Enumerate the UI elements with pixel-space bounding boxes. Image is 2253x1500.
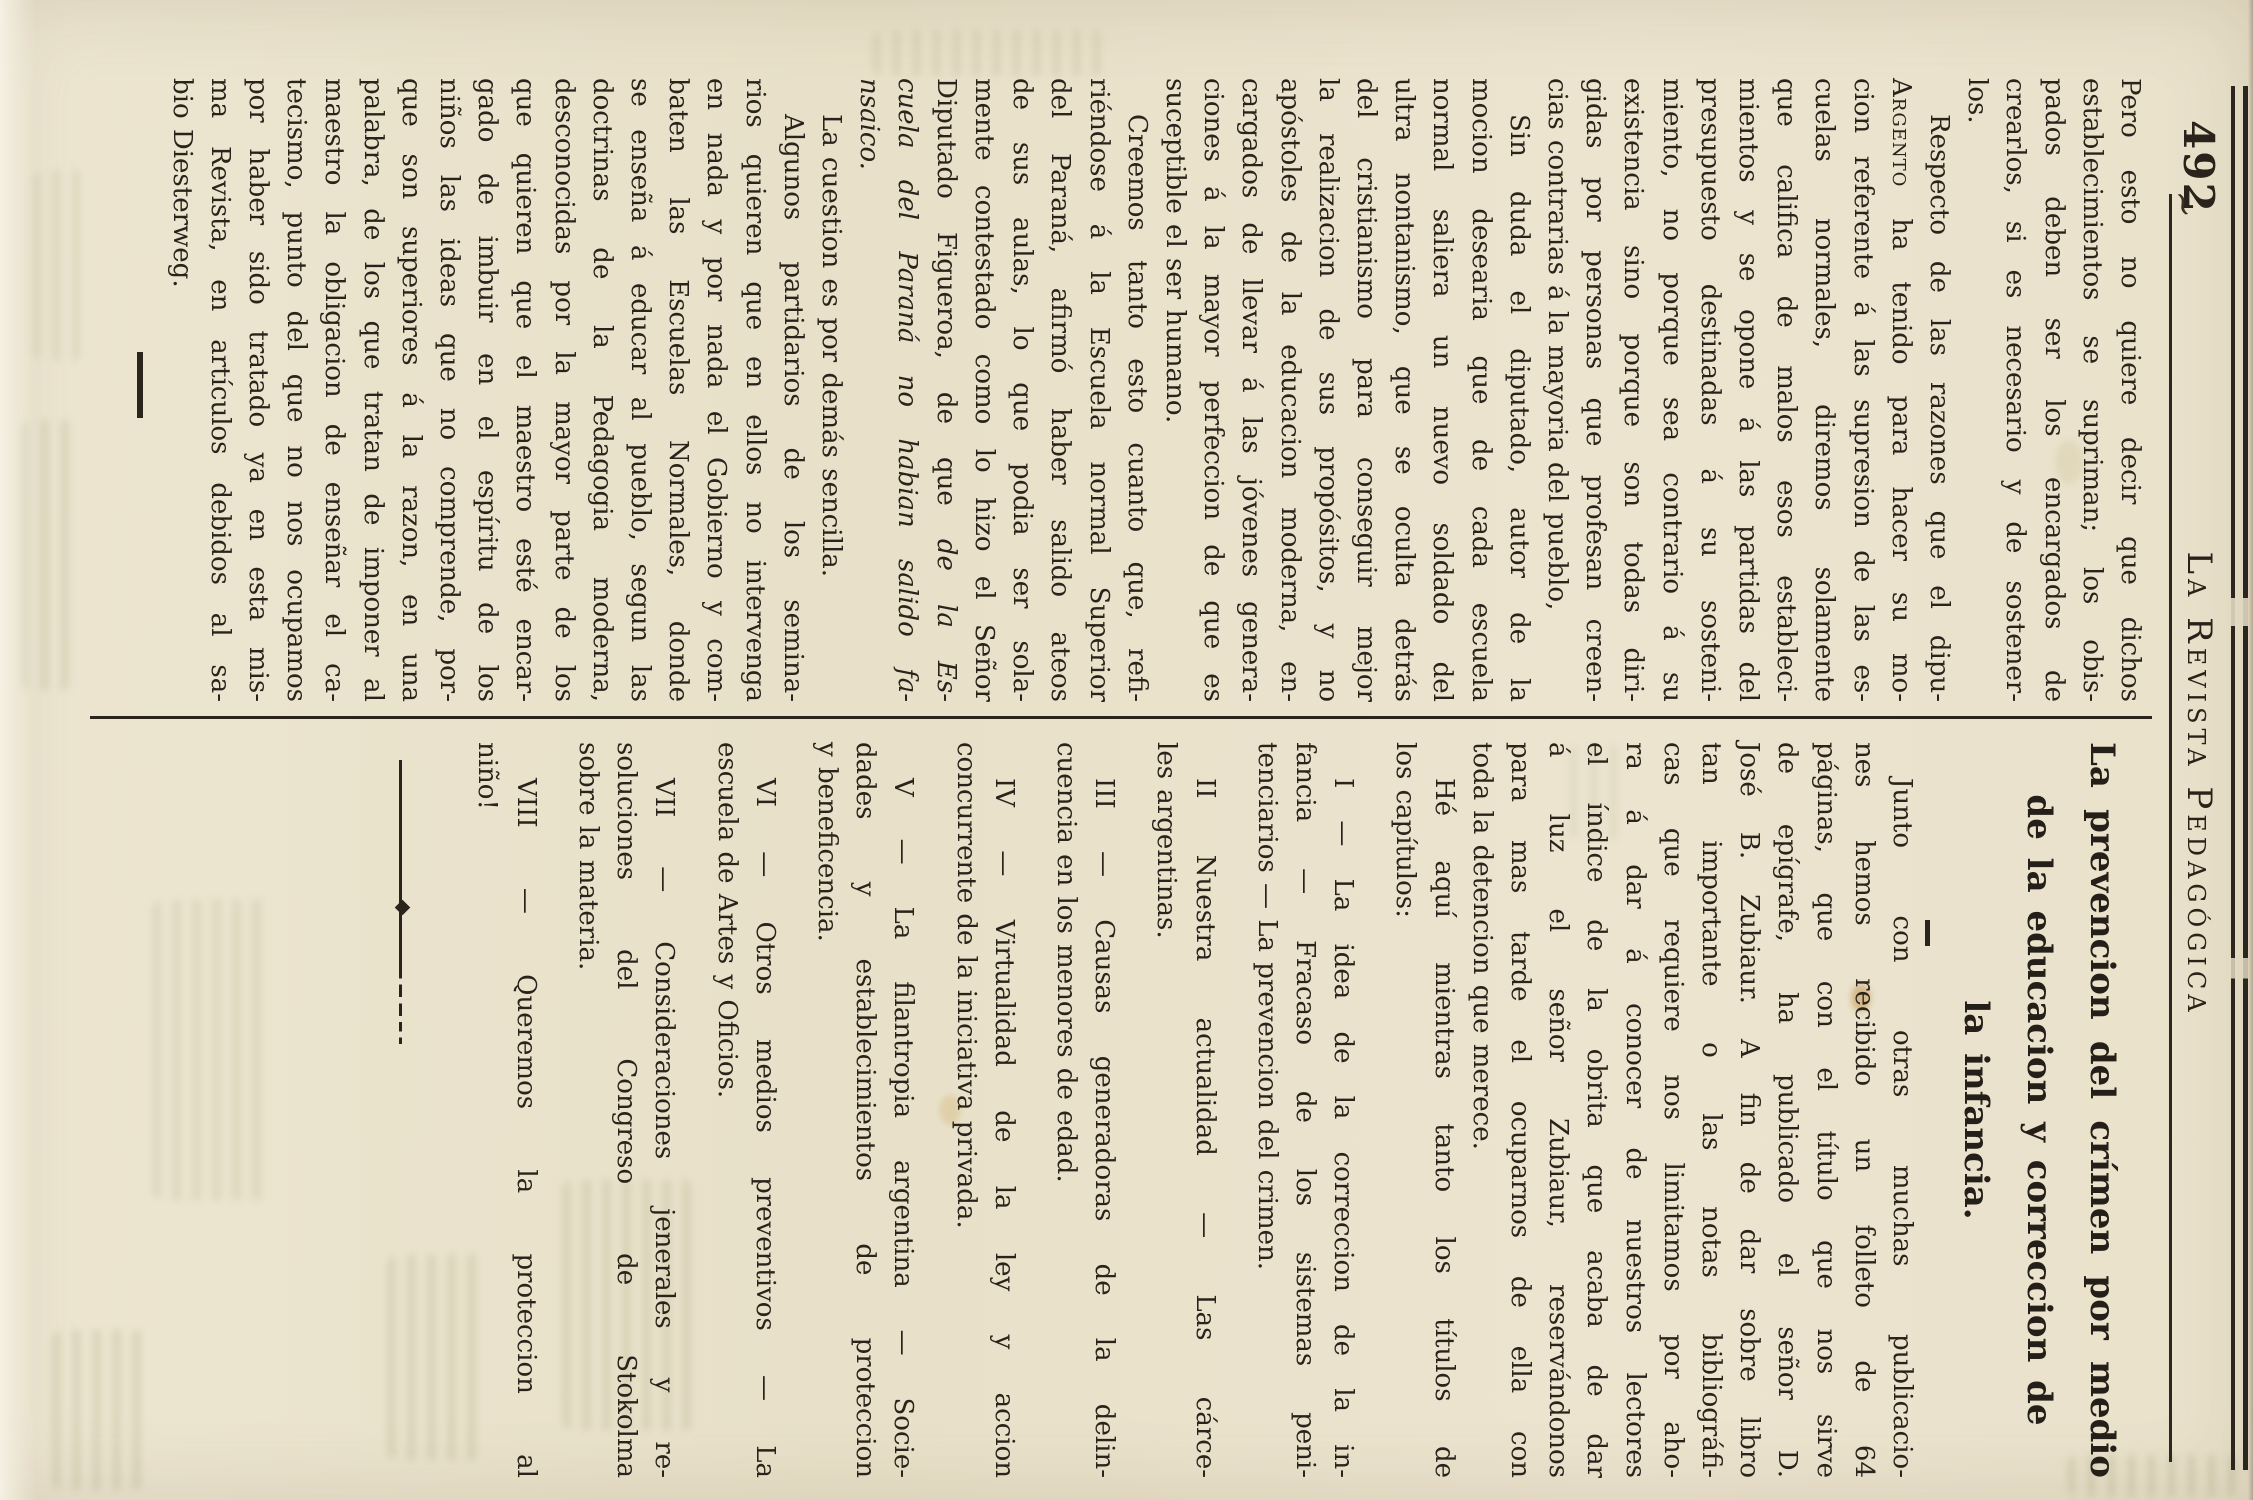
text-line: cuela del Paraná no habian salido fa- <box>888 78 926 702</box>
text-line: rios quieren que en ellos no intervenga <box>735 78 773 702</box>
paragraph: VI — Otros medios preventivos — Laescuel… <box>707 742 783 1478</box>
text-line: tenciarios — La prevencion del crimen. <box>1248 742 1286 1478</box>
text-line: I — La idea de la correccion de la in- <box>1324 742 1362 1478</box>
text-line: para mas tarde el ocuparnos de ella con <box>1501 742 1539 1478</box>
text-line: cuencia en los menores de edad. <box>1047 742 1085 1478</box>
text-line: doctrinas de la Pedagogia moderna, <box>583 78 621 702</box>
text-line: normal saliera un nuevo soldado del <box>1423 78 1461 702</box>
paragraph: Algunos partidarios de los semina-rios q… <box>162 78 811 702</box>
text-line: del cristianismo para conseguir mejor <box>1347 78 1385 702</box>
article-title: La prevencion del crímen por mediode la … <box>1944 742 2133 1478</box>
text-line: cas que requiere nos limitamos por aho- <box>1654 742 1692 1478</box>
paragraph: II Nuestra actualidad — Las cárce-les ar… <box>1147 742 1223 1478</box>
text-line: Algunos partidarios de los semina- <box>774 78 812 702</box>
paragraph: Hé aquí mientras tanto los títulos delos… <box>1386 742 1462 1478</box>
text-line: pados deben ser los encargados de <box>2034 78 2072 702</box>
text-line: el índice de la obrita que acaba de dar <box>1577 742 1615 1478</box>
text-line: dades y establecimientos de proteccion <box>846 742 884 1478</box>
text-segment: cuela del Paraná no habian salido fa- <box>893 78 923 702</box>
text-line: III — Causas generadoras de la delin- <box>1085 742 1123 1478</box>
text-line: bio Diesterweg. <box>162 78 200 702</box>
text-line: cias contrarias á la mayoria del pueblo, <box>1538 78 1576 702</box>
paragraph: V — La filantropia argentina — Socie-dad… <box>808 742 923 1478</box>
text-line: riéndose á la Escuela normal Superior <box>1079 78 1117 702</box>
text-line: presupuesto destinadas á su sosteni- <box>1691 78 1729 702</box>
text-line: los capítulos: <box>1386 742 1424 1478</box>
text-line: cion referente á las supresion de las es… <box>1843 78 1881 702</box>
text-line: cargados de llevar á las jóvenes genera- <box>1232 78 1270 702</box>
text-line: y beneficencia. <box>808 742 846 1478</box>
column-divider-rule <box>90 716 2152 719</box>
show-through-smudge <box>33 170 88 360</box>
top-double-rule-upper <box>2243 86 2248 1470</box>
right-article-end-ornament <box>399 760 402 1072</box>
text-line: en nada y por nada el Gobierno y com- <box>697 78 735 702</box>
paragraph: La cuestion es por demás sencilla. <box>812 78 850 702</box>
text-line: cuelas normales, diremos solamente <box>1805 78 1843 702</box>
text-segment: nsaico. <box>854 78 884 170</box>
paragraph: Creemos tanto esto cuanto que, refi-rién… <box>850 78 1156 702</box>
text-line: escuela de Artes y Oficios. <box>707 742 745 1478</box>
text-line: de epígrafe, ha publicado el señor D. <box>1768 742 1806 1478</box>
text-line: sobre la materia. <box>569 742 607 1478</box>
text-line: niños las ideas que no comprende, por- <box>430 78 468 702</box>
text-line: tan importante o las notas bibliográfi- <box>1692 742 1730 1478</box>
top-double-rule-lower <box>2231 86 2235 1470</box>
text-line: ra á dar á conocer de nuestros lectores <box>1615 742 1653 1478</box>
text-segment: ha tenido para hacer su mo- <box>1886 187 1916 702</box>
text-line: mientos y se opone á las partidas del <box>1729 78 1767 702</box>
left-article-end-rule <box>137 352 143 418</box>
text-line: desconocidas por la mayor parte de los <box>544 78 582 702</box>
header-rule <box>2169 194 2172 1462</box>
text-line: soluciones del Congreso de Stokolma <box>607 742 645 1478</box>
text-line: los. <box>1958 78 1996 702</box>
text-line: establecimientos se supriman; los obis- <box>2073 78 2111 702</box>
text-line: Hé aquí mientras tanto los títulos de <box>1424 742 1462 1478</box>
text-line: que son superiores á la razon, en una <box>392 78 430 702</box>
text-segment: Argento <box>1886 78 1916 187</box>
text-line: fancia — Fracaso de los sistemas peni- <box>1286 742 1324 1478</box>
text-line: Respecto de las razones que el dipu- <box>1920 78 1958 702</box>
text-line: baten las Escuelas Normales, donde <box>659 78 697 702</box>
paragraph: Pero esto no quiere decir que dichosesta… <box>1958 78 2149 702</box>
text-line: nes hemos recibido un folleto de 64 <box>1845 742 1883 1478</box>
paragraph: IV — Virtualidad de la ley y accionconcu… <box>946 742 1022 1478</box>
text-line: concurrente de la iniciativa privada. <box>946 742 984 1478</box>
text-line: suceptible el ser humano. <box>1156 78 1194 702</box>
text-line: se enseña á educar al pueblo, segun las <box>621 78 659 702</box>
show-through-smudge <box>153 900 268 1200</box>
title-line: la infancia. <box>1944 742 2007 1478</box>
text-line: mocion desearia que de cada escuela <box>1461 78 1499 702</box>
show-through-smudge <box>21 420 73 690</box>
text-line: del Paraná, afirmó haber salido ateos <box>1041 78 1079 702</box>
paragraph: I — La idea de la correccion de la in-fa… <box>1248 742 1363 1478</box>
text-line: tecismo, punto del que no nos ocupamos <box>277 78 315 702</box>
text-line: maestro la obligacion de enseñar el ca- <box>315 78 353 702</box>
text-line: miento, no porque sea contrario á su <box>1652 78 1690 702</box>
pen-flourish-mark: ~ <box>2160 186 2205 221</box>
text-line: ma Revista, en artículos debidos al sa- <box>201 78 239 702</box>
paragraph: III — Causas generadoras de la delin-cue… <box>1047 742 1123 1478</box>
text-line: IV — Virtualidad de la ley y accion <box>985 742 1023 1478</box>
text-line: gidas por personas que profesan creen- <box>1576 78 1614 702</box>
title-line: La prevencion del crímen por medio <box>2070 742 2133 1478</box>
text-line: niño! <box>468 742 506 1478</box>
right-column-body: Junto con otras muchas publicacio-nes he… <box>468 742 1921 1478</box>
title-line: de la educacion y correccion de <box>2007 742 2070 1478</box>
paragraph: Sin duda el diputado, autor de lamocion … <box>1156 78 1538 702</box>
text-line: V — La filantropia argentina — Socie- <box>884 742 922 1478</box>
text-line: toda la detencion que merece. <box>1463 742 1501 1478</box>
text-line: crearlos, si es necesario y de sostener- <box>1996 78 2034 702</box>
scanned-document-screenshot: 492 ~ La Revista Pedagógica Pero esto no… <box>0 0 2253 1500</box>
text-segment: de la Es- <box>931 539 961 702</box>
text-line: Argento ha tenido para hacer su mo- <box>1882 78 1920 702</box>
text-line: Sin duda el diputado, autor de la <box>1500 78 1538 702</box>
text-line: ciones á la mayor perfeccion de que es <box>1194 78 1232 702</box>
text-line: Pero esto no quiere decir que dichos <box>2111 78 2149 702</box>
text-line: existencia sino porque son todas diri- <box>1614 78 1652 702</box>
text-line: mente contestado como lo hizo el Señor <box>965 78 1003 702</box>
left-column: Pero esto no quiere decir que dichosesta… <box>162 78 2149 702</box>
text-line: II Nuestra actualidad — Las cárce- <box>1185 742 1223 1478</box>
journal-title: La Revista Pedagógica <box>2179 498 2219 1070</box>
text-line: La cuestion es por demás sencilla. <box>812 78 850 702</box>
text-line: de sus aulas, lo que podia ser sola- <box>1003 78 1041 702</box>
text-line: Creemos tanto esto cuanto que, refi- <box>1118 78 1156 702</box>
text-line: VIII — Queremos la proteccion al <box>507 742 545 1478</box>
text-line: ultra nontanismo, que se oculta detrás <box>1385 78 1423 702</box>
text-line: páginas, que con el título que nos sirve <box>1806 742 1844 1478</box>
text-line: palabra, de los que tratan de imponer al <box>353 78 391 702</box>
scanned-page: 492 ~ La Revista Pedagógica Pero esto no… <box>0 0 2253 1500</box>
title-separator-ornament <box>1925 920 1930 946</box>
show-through-smudge <box>873 30 1103 76</box>
text-line: que quieren que el maestro esté encar- <box>506 78 544 702</box>
text-line: les argentinas. <box>1147 742 1185 1478</box>
text-line: José B. Zubiaur. A fin de dar sobre libr… <box>1730 742 1768 1478</box>
paragraph: Junto con otras muchas publicacio-nes he… <box>1463 742 1921 1478</box>
text-line: Junto con otras muchas publicacio- <box>1883 742 1921 1478</box>
paragraph: Respecto de las razones que el dipu-Arge… <box>1538 78 1958 702</box>
text-line: á luz el señor Zubiaur, reservándonos <box>1539 742 1577 1478</box>
right-column: La prevencion del crímen por mediode la … <box>399 742 2133 1478</box>
paragraph: VII — Consideraciones jenerales y re-sol… <box>569 742 684 1478</box>
text-line: gado de imbuir en el espíritu de los <box>468 78 506 702</box>
text-segment: Diputado Figueroa, de que <box>931 78 961 539</box>
text-line: Diputado Figueroa, de que de la Es- <box>927 78 965 702</box>
paragraph: VIII — Queremos la proteccion alniño! <box>468 742 544 1478</box>
text-line: VI — Otros medios preventivos — La <box>746 742 784 1478</box>
text-line: nsaico. <box>850 78 888 702</box>
text-line: apóstoles de la educacion moderna, en- <box>1270 78 1308 702</box>
text-line: que califica de malos esos estableci- <box>1767 78 1805 702</box>
text-line: por haber sido tratado ya en esta mis- <box>239 78 277 702</box>
text-line: la realizacion de sus propósitos, y no <box>1309 78 1347 702</box>
text-line: VII — Consideraciones jenerales y re- <box>645 742 683 1478</box>
show-through-smudge <box>53 1330 143 1490</box>
